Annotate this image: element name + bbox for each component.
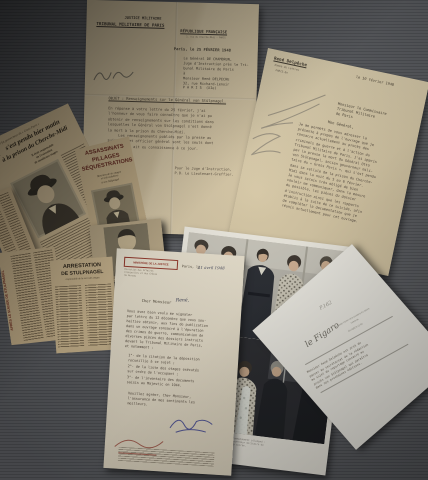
letter-body: Je me permets de vous adresser laprésent… (281, 122, 384, 226)
figaro-logo: le Figaro (303, 320, 341, 349)
text-line: P.O. Le Lieutenant-Greffier. (174, 171, 233, 178)
numbered-items: 1°- de la citation de la dépositionrecue… (126, 353, 199, 390)
letter-body: Vous avez bien voulu me signalerpar lett… (125, 309, 209, 354)
faint-text-bottom (118, 447, 215, 467)
figaro-address-1: 14, ROND-POINT DES CHAMPS-ÉLYSÉES (335, 308, 370, 329)
stamp-line-1: JUSTICE MILITAIRE (125, 16, 162, 21)
pencil-annotation-scribble (91, 64, 138, 87)
addressee-block: Le Général DE CHAMBRUN,Juge d'Instructio… (183, 56, 249, 92)
newsprint-text (55, 285, 84, 348)
closing-block: Veuillez agréer, Cher Monsieur,l'assuran… (127, 391, 195, 410)
letterhead-city: PARIS-8e (275, 69, 288, 75)
republique-sub: 2, rue du Cherche-Midi — PARIS (186, 35, 226, 39)
stamp-line-2: TRIBUNAL MILITAIRE DE PARIS (96, 21, 164, 28)
salutation-typed: Cher Monsieur (142, 298, 172, 305)
closing-block: Pour le Juge d'Instruction,P.O. Le Lieut… (174, 166, 233, 178)
republique-header: RÉPUBLIQUE FRANÇAISE (180, 28, 227, 34)
text-line: P A R I S (XIe) (183, 86, 248, 93)
department-lines: Direction des AffairesCriminelles et des… (124, 268, 157, 279)
salutation-handwritten: René, (176, 298, 189, 303)
pencil-reference: P.162 (319, 300, 334, 312)
date-line: Paris, le 25 FÉVRIER 1948 (174, 46, 231, 52)
figaro-phone: ÉLYSÉES 42-60 (348, 323, 363, 333)
newsprint-text (85, 284, 114, 347)
archive-documents-scene: JUSTICE MILITAIRE TRIBUNAL MILITAIRE DE … (0, 0, 428, 480)
ministry-title: MINISTÈRE DE LA JUSTICE (133, 261, 169, 266)
handwritten-date: 21 avril 1948 (198, 265, 225, 271)
clipping-arrestation: ARRESTATION DE STULPNAGEL responsable de… (50, 256, 119, 353)
letter-justice: MINISTÈRE DE LA JUSTICE Direction des Af… (103, 248, 244, 475)
date-line: le 10 février 1948 (355, 75, 394, 87)
